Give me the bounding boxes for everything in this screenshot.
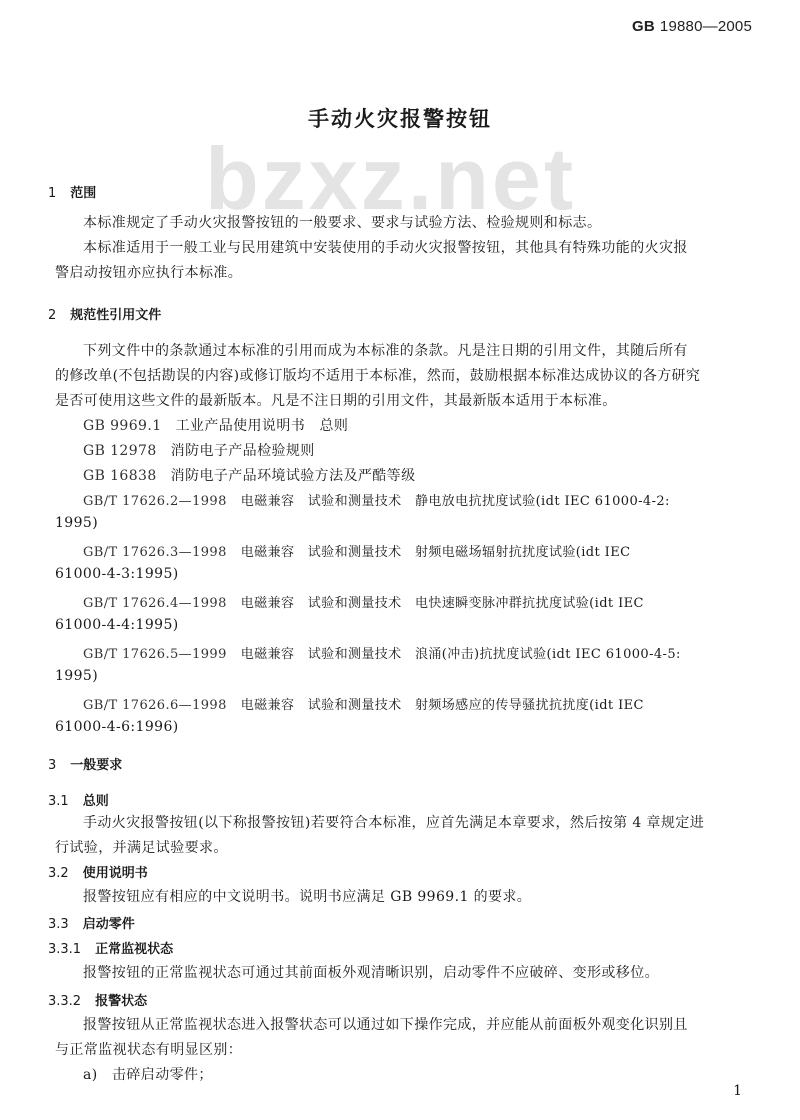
reference-item: GB/T 17626.4—1998电磁兼容 试验和测量技术 电快速瞬变脉冲群抗扰… [83, 592, 644, 611]
paragraph: 警启动按钮亦应执行本标准。 [55, 262, 242, 282]
reference-item: GB/T 17626.6—1998电磁兼容 试验和测量技术 射频场感应的传导骚扰… [83, 694, 644, 713]
reference-item: GB 16838消防电子产品环境试验方法及严酷等级 [83, 465, 415, 485]
reference-continuation: 61000-4-6:1996) [55, 719, 179, 735]
subsection-heading-3-1: 3.1总则 [48, 790, 109, 809]
subsection-heading-3-2: 3.2使用说明书 [48, 862, 148, 881]
paragraph: 与正常监视状态有明显区别： [55, 1039, 242, 1059]
subsection-heading-3-3-2: 3.3.2报警状态 [48, 990, 147, 1009]
paragraph: 本标准适用于一般工业与民用建筑中安装使用的手动火灾报警按钮，其他具有特殊功能的火… [83, 237, 688, 257]
subsection-heading-3-3: 3.3启动零件 [48, 913, 135, 932]
paragraph: 手动火灾报警按钮(以下称报警按钮)若要符合本标准，应首先满足本章要求，然后按第 … [83, 812, 704, 832]
section-heading-1: 1范围 [48, 182, 96, 201]
reference-item: GB/T 17626.3—1998电磁兼容 试验和测量技术 射频电磁场辐射抗扰度… [83, 541, 630, 560]
list-item-a: a) 击碎启动零件； [83, 1064, 213, 1084]
section-heading-2: 2规范性引用文件 [48, 304, 161, 323]
paragraph: 报警按钮从正常监视状态进入报警状态可以通过如下操作完成，并应能从前面板外观变化识… [83, 1014, 688, 1034]
paragraph: 本标准规定了手动火灾报警按钮的一般要求、要求与试验方法、检验规则和标志。 [83, 212, 601, 232]
subsection-heading-3-3-1: 3.3.1正常监视状态 [48, 938, 173, 957]
paragraph: 报警按钮应有相应的中文说明书。说明书应满足 GB 9969.1 的要求。 [83, 886, 531, 906]
reference-item: GB/T 17626.5—1999电磁兼容 试验和测量技术 浪涌(冲击)抗扰度试… [83, 643, 681, 662]
reference-continuation: 61000-4-4:1995) [55, 617, 179, 633]
paragraph: 的修改单(不包括勘误的内容)或修订版均不适用于本标准，然而，鼓励根据本标准达成协… [55, 365, 700, 385]
reference-continuation: 1995) [55, 515, 98, 531]
reference-continuation: 61000-4-3:1995) [55, 566, 179, 582]
page-number: 1 [733, 1083, 742, 1099]
reference-continuation: 1995) [55, 668, 98, 684]
section-heading-3: 3一般要求 [48, 754, 122, 773]
reference-item: GB/T 17626.2—1998电磁兼容 试验和测量技术 静电放电抗扰度试验(… [83, 490, 670, 509]
paragraph: 下列文件中的条款通过本标准的引用而成为本标准的条款。凡是注日期的引用文件，其随后… [83, 340, 688, 360]
paragraph: 行试验，并满足试验要求。 [55, 837, 228, 857]
reference-item: GB 12978消防电子产品检验规则 [83, 440, 315, 460]
paragraph: 报警按钮的正常监视状态可通过其前面板外观清晰识别，启动零件不应破碎、变形或移位。 [83, 962, 659, 982]
standard-number: GB19880—2005 [632, 18, 752, 35]
paragraph: 是否可使用这些文件的最新版本。凡是不注日期的引用文件，其最新版本适用于本标准。 [55, 390, 617, 410]
reference-item: GB 9969.1工业产品使用说明书 总则 [83, 415, 348, 435]
